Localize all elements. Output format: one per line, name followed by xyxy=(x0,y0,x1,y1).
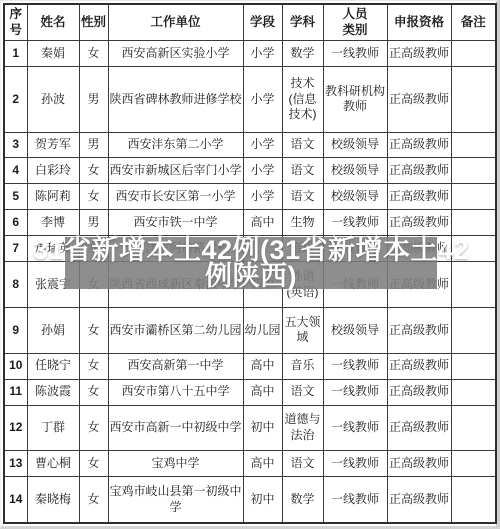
qualification-cell: 正高级教师 xyxy=(387,307,451,353)
name-cell: 秦娟 xyxy=(27,41,79,67)
qualification-cell: 正高级教师 xyxy=(387,158,451,184)
stage-cell: 初中 xyxy=(243,477,282,523)
stage-cell: 小学 xyxy=(243,67,282,132)
gender-cell: 男 xyxy=(79,67,108,132)
qualification-cell: 正高级教师 xyxy=(387,477,451,523)
name-cell: 孙娟 xyxy=(27,307,79,353)
note-cell xyxy=(451,262,496,308)
work-unit-cell: 西安市第八十五中学 xyxy=(108,379,243,405)
subject-cell: 音乐 xyxy=(282,353,323,379)
serial-cell: 10 xyxy=(4,353,27,379)
name-cell: 孙波 xyxy=(27,67,79,132)
work-unit-cell: 西安市长安区第一小学 xyxy=(108,184,243,210)
stage-cell: 高中 xyxy=(243,451,282,477)
category-cell: 校级领导 xyxy=(323,184,387,210)
name-cell: 任晓宁 xyxy=(27,353,79,379)
table-row: 3 贺芳军 男 西安沣东第二小学 小学 语文 校级领导 正高级教师 xyxy=(4,132,496,158)
subject-cell: 语文 xyxy=(282,451,323,477)
subject-cell: 语文 xyxy=(282,379,323,405)
note-cell xyxy=(451,41,496,67)
note-cell xyxy=(451,353,496,379)
name-cell: 白彩玲 xyxy=(27,158,79,184)
header-note: 备注 xyxy=(451,4,496,41)
note-cell xyxy=(451,210,496,236)
category-cell: 一线教师 xyxy=(323,41,387,67)
work-unit-cell: 西安高新区实验小学 xyxy=(108,41,243,67)
qualification-cell: 正高级教师 xyxy=(387,67,451,132)
header-gender: 性别 xyxy=(79,4,108,41)
qualification-cell: 正高级教师 xyxy=(387,132,451,158)
subject-cell: 数学 xyxy=(282,477,323,523)
header-work-unit: 工作单位 xyxy=(108,4,243,41)
note-cell xyxy=(451,158,496,184)
table-row: 13 曹心桐 女 宝鸡中学 高中 语文 一线教师 正高级教师 xyxy=(4,451,496,477)
subject-cell: 生物 xyxy=(282,210,323,236)
serial-cell: 9 xyxy=(4,307,27,353)
note-cell xyxy=(451,379,496,405)
subject-cell: 道德与法治 xyxy=(282,405,323,451)
name-cell: 陈波霞 xyxy=(27,379,79,405)
work-unit-cell: 宝鸡市岐山县第一初级中学 xyxy=(108,477,243,523)
header-category: 人员 类别 xyxy=(323,4,387,41)
table-row: 9 孙娟 女 西安市灞桥区第二幼儿园 幼儿园 五大领域 校级领导 正高级教师 xyxy=(4,307,496,353)
serial-cell: 8 xyxy=(4,262,27,308)
serial-cell: 7 xyxy=(4,236,27,262)
header-row: 序 号 姓名 性别 工作单位 学段 学科 人员 类别 申报资格 备注 xyxy=(4,4,496,41)
stage-cell: 小学 xyxy=(243,158,282,184)
table-row: 6 李博 男 西安市铁一中学 高中 生物 一线教师 正高级教师 xyxy=(4,210,496,236)
subject-cell: 语文 xyxy=(282,184,323,210)
note-cell xyxy=(451,184,496,210)
subject-cell: 语文 xyxy=(282,158,323,184)
document-page: 序 号 姓名 性别 工作单位 学段 学科 人员 类别 申报资格 备注 1 秦娟 … xyxy=(0,0,500,529)
name-cell: 陈阿莉 xyxy=(27,184,79,210)
gender-cell: 男 xyxy=(79,210,108,236)
note-cell xyxy=(451,405,496,451)
table-row: 4 白彩玲 女 西安市新城区后宰门小学 小学 语文 校级领导 正高级教师 xyxy=(4,158,496,184)
work-unit-cell: 陕西省碑林教师进修学校 xyxy=(108,67,243,132)
stage-cell: 高中 xyxy=(243,379,282,405)
subject-cell: 语文 xyxy=(282,132,323,158)
serial-cell: 3 xyxy=(4,132,27,158)
work-unit-cell: 西安市灞桥区第二幼儿园 xyxy=(108,307,243,353)
gender-cell: 女 xyxy=(79,477,108,523)
name-cell: 丁群 xyxy=(27,405,79,451)
gender-cell: 女 xyxy=(79,353,108,379)
qualification-cell: 正高级教师 xyxy=(387,353,451,379)
category-cell: 一线教师 xyxy=(323,405,387,451)
name-cell: 李博 xyxy=(27,210,79,236)
gender-cell: 女 xyxy=(79,307,108,353)
table-row: 5 陈阿莉 女 西安市长安区第一小学 小学 语文 校级领导 正高级教师 xyxy=(4,184,496,210)
headline-line-2: 例陕西) xyxy=(205,263,297,289)
category-cell: 一线教师 xyxy=(323,353,387,379)
subject-cell: 技术(信息技术) xyxy=(282,67,323,132)
table-row: 11 陈波霞 女 西安市第八十五中学 高中 语文 一线教师 正高级教师 xyxy=(4,379,496,405)
subject-cell: 数学 xyxy=(282,41,323,67)
qualification-cell: 正高级教师 xyxy=(387,379,451,405)
gender-cell: 女 xyxy=(79,158,108,184)
work-unit-cell: 西安市新城区后宰门小学 xyxy=(108,158,243,184)
category-cell: 校级领导 xyxy=(323,132,387,158)
work-unit-cell: 西安市铁一中学 xyxy=(108,210,243,236)
headline-line-1: 31省新增本土42例(31省新增本土42 xyxy=(33,237,469,263)
stage-cell: 初中 xyxy=(243,405,282,451)
category-cell: 校级领导 xyxy=(323,158,387,184)
stage-cell: 小学 xyxy=(243,41,282,67)
work-unit-cell: 西安高新第一中学 xyxy=(108,353,243,379)
headline-overlay: 31省新增本土42例(31省新增本土42 例陕西) xyxy=(65,237,437,289)
table-row: 14 秦晓梅 女 宝鸡市岐山县第一初级中学 初中 数学 一线教师 正高级教师 xyxy=(4,477,496,523)
category-cell: 一线教师 xyxy=(323,477,387,523)
stage-cell: 高中 xyxy=(243,210,282,236)
qualification-cell: 正高级教师 xyxy=(387,41,451,67)
serial-cell: 11 xyxy=(4,379,27,405)
note-cell xyxy=(451,451,496,477)
serial-cell: 6 xyxy=(4,210,27,236)
name-cell: 贺芳军 xyxy=(27,132,79,158)
table-row: 2 孙波 男 陕西省碑林教师进修学校 小学 技术(信息技术) 教科研机构教师 正… xyxy=(4,67,496,132)
serial-cell: 2 xyxy=(4,67,27,132)
note-cell xyxy=(451,307,496,353)
table-row: 1 秦娟 女 西安高新区实验小学 小学 数学 一线教师 正高级教师 xyxy=(4,41,496,67)
stage-cell: 小学 xyxy=(243,132,282,158)
header-subject: 学科 xyxy=(282,4,323,41)
name-cell: 秦晓梅 xyxy=(27,477,79,523)
category-cell: 一线教师 xyxy=(323,210,387,236)
table-row: 12 丁群 女 西安市高新一中初级中学 初中 道德与法治 一线教师 正高级教师 xyxy=(4,405,496,451)
category-cell: 校级领导 xyxy=(323,307,387,353)
header-name: 姓名 xyxy=(27,4,79,41)
category-cell: 一线教师 xyxy=(323,451,387,477)
stage-cell: 小学 xyxy=(243,184,282,210)
serial-cell: 4 xyxy=(4,158,27,184)
qualification-cell: 正高级教师 xyxy=(387,210,451,236)
header-qualification: 申报资格 xyxy=(387,4,451,41)
serial-cell: 12 xyxy=(4,405,27,451)
gender-cell: 女 xyxy=(79,405,108,451)
stage-cell: 高中 xyxy=(243,353,282,379)
note-cell xyxy=(451,477,496,523)
gender-cell: 女 xyxy=(79,379,108,405)
note-cell xyxy=(451,67,496,132)
name-cell: 曹心桐 xyxy=(27,451,79,477)
header-serial: 序 号 xyxy=(4,4,27,41)
subject-cell: 五大领域 xyxy=(282,307,323,353)
gender-cell: 女 xyxy=(79,451,108,477)
gender-cell: 女 xyxy=(79,41,108,67)
qualification-cell: 正高级教师 xyxy=(387,451,451,477)
serial-cell: 1 xyxy=(4,41,27,67)
stage-cell: 幼儿园 xyxy=(243,307,282,353)
category-cell: 一线教师 xyxy=(323,379,387,405)
gender-cell: 女 xyxy=(79,184,108,210)
qualification-cell: 正高级教师 xyxy=(387,184,451,210)
work-unit-cell: 宝鸡中学 xyxy=(108,451,243,477)
work-unit-cell: 西安市高新一中初级中学 xyxy=(108,405,243,451)
serial-cell: 13 xyxy=(4,451,27,477)
qualification-cell: 正高级教师 xyxy=(387,405,451,451)
serial-cell: 14 xyxy=(4,477,27,523)
header-stage: 学段 xyxy=(243,4,282,41)
gender-cell: 男 xyxy=(79,132,108,158)
serial-cell: 5 xyxy=(4,184,27,210)
note-cell xyxy=(451,132,496,158)
work-unit-cell: 西安沣东第二小学 xyxy=(108,132,243,158)
category-cell: 教科研机构教师 xyxy=(323,67,387,132)
table-row: 10 任晓宁 女 西安高新第一中学 高中 音乐 一线教师 正高级教师 xyxy=(4,353,496,379)
